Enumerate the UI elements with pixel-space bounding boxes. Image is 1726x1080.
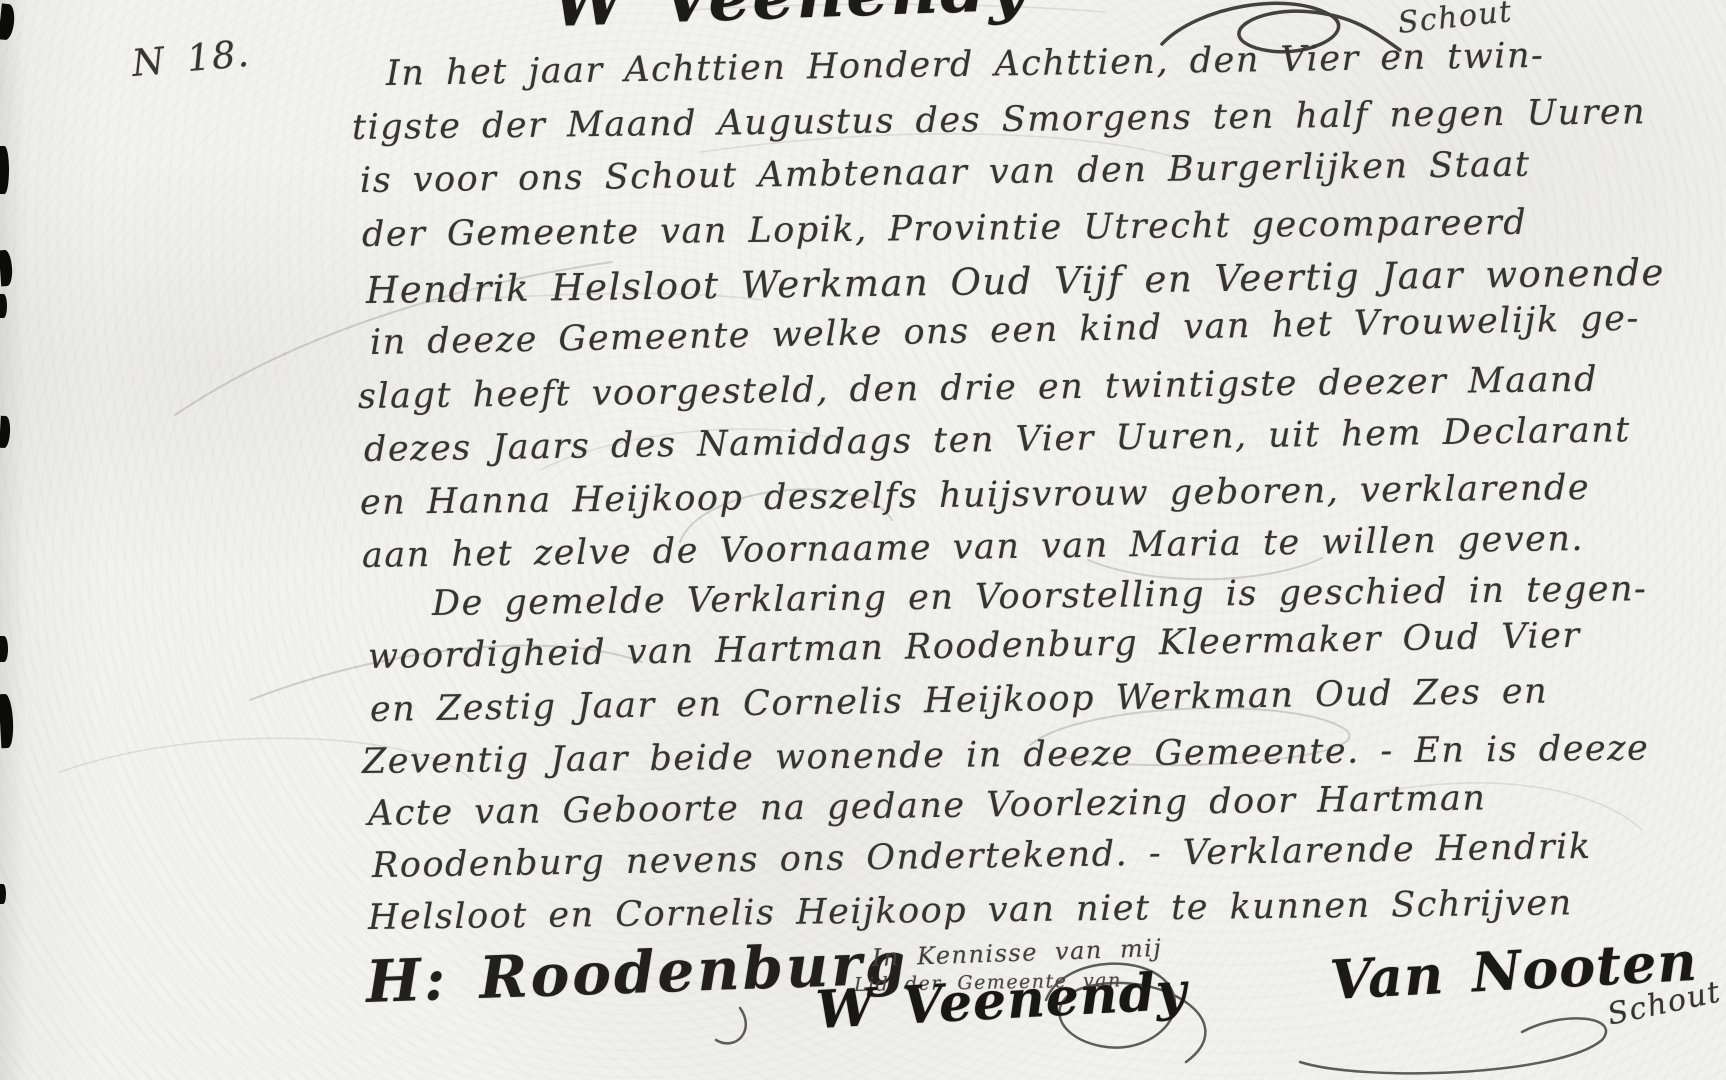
edge-mark <box>0 884 6 904</box>
act-line: slagt heeft voorgesteld, den drie en twi… <box>358 360 1599 417</box>
edge-mark <box>0 694 14 749</box>
act-line: der Gemeente van Lopik, Provintie Utrech… <box>362 203 1528 255</box>
act-line: Helsloot en Cornelis Heijkoop van niet t… <box>368 883 1573 938</box>
act-line: tigste der Maand Augustus des Smorgens t… <box>352 92 1647 148</box>
act-line: woordigheid van Hartman Roodenburg Kleer… <box>368 616 1581 677</box>
edge-mark <box>0 294 7 318</box>
act-line: is voor ons Schout Ambtenaar van den Bur… <box>360 145 1531 201</box>
act-line: aan het zelve de Voornaame van van Maria… <box>362 519 1585 576</box>
act-line: en Zestig Jaar en Cornelis Heijkoop Werk… <box>370 671 1549 730</box>
edge-mark <box>0 146 9 194</box>
act-number: N 18. <box>130 32 252 85</box>
top-schout-label: Schout <box>1396 0 1514 41</box>
scanned-document-page: N 18. W Veenendy Schout In het jaar Acht… <box>0 0 1726 1080</box>
act-line: en Hanna Heijkoop deszelfs huijsvrouw ge… <box>360 468 1591 523</box>
act-line: Zeventig Jaar beide wonende in deeze Gem… <box>362 729 1650 782</box>
edge-mark <box>0 250 13 287</box>
act-line: Roodenburg nevens ons Ondertekend. - Ver… <box>372 827 1592 886</box>
act-line: De gemelde Verklaring en Voorstelling is… <box>432 569 1648 624</box>
top-partial-signature: W Veenendy <box>551 0 1030 42</box>
act-line: Acte van Geboorte na gedane Voorlezing d… <box>368 778 1487 834</box>
edge-mark <box>0 3 16 40</box>
act-line: In het jaar Achttien Honderd Achttien, d… <box>386 36 1545 94</box>
act-line: dezes Jaars des Namiddags ten Vier Uuren… <box>364 410 1631 470</box>
edge-mark <box>0 636 8 662</box>
edge-mark <box>0 416 11 448</box>
